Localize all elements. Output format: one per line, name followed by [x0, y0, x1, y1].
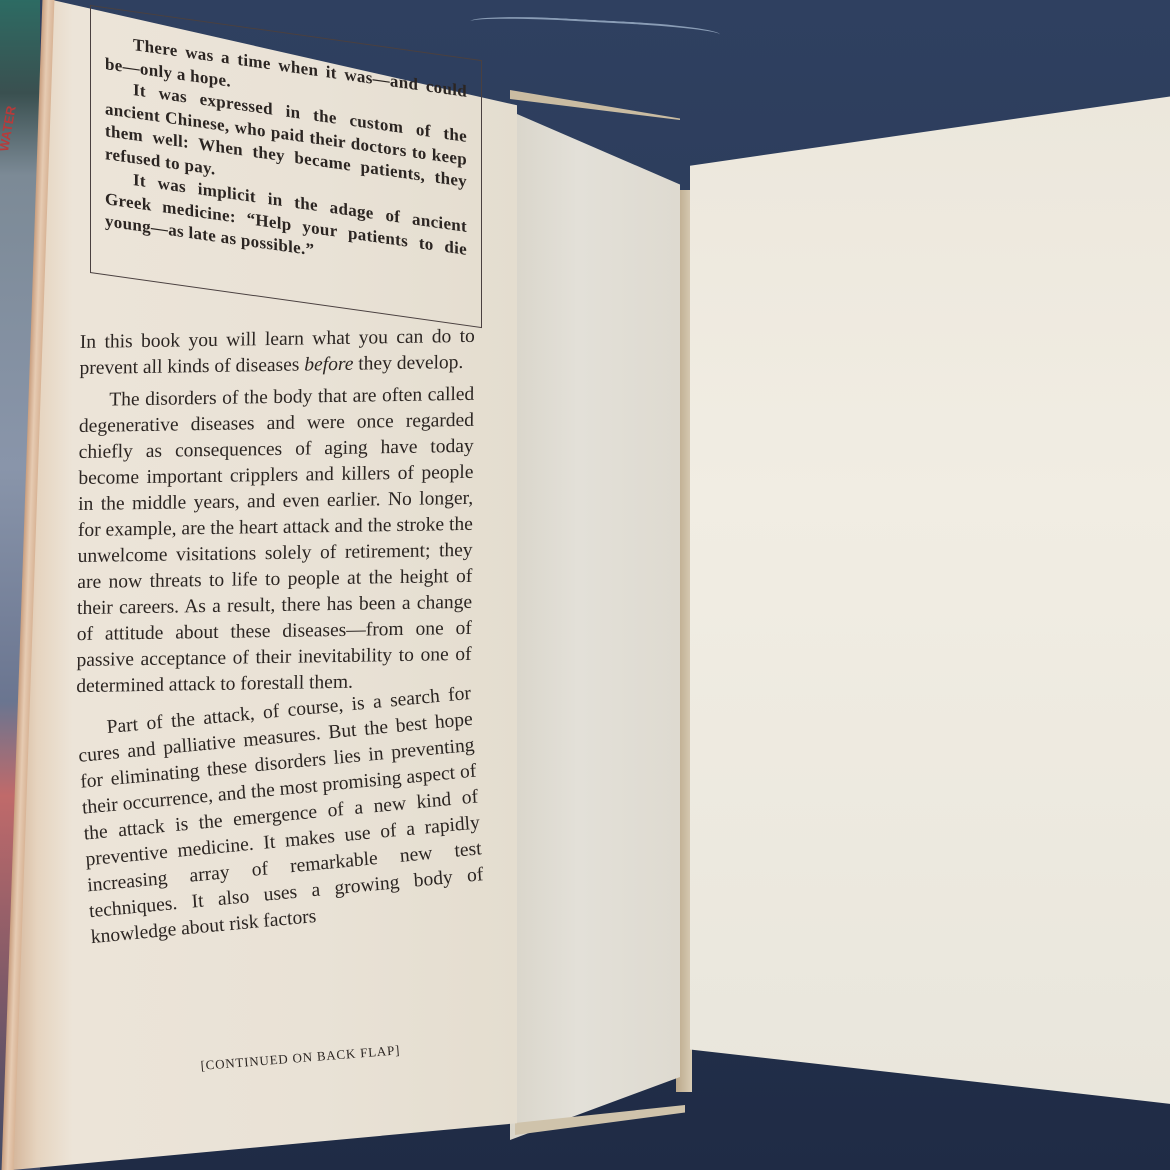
blank-first-page [690, 95, 1170, 1105]
quote-box: There was a time when it was—and could b… [90, 5, 482, 328]
body-paragraph-intro: In this book you will learn what you can… [79, 324, 475, 382]
intro-text-end: they develop. [353, 352, 463, 375]
flap-text-area: There was a time when it was—and could b… [80, 0, 510, 1170]
continued-note: [CONTINUED ON BACK FLAP] [200, 1042, 401, 1074]
emphasis-text: before [304, 354, 353, 376]
flap-body-text: In this book you will learn what you can… [73, 324, 475, 958]
endpaper [510, 90, 680, 1140]
body-paragraph: Part of the attack, of course, is a sear… [76, 681, 486, 951]
body-paragraph: The disorders of the body that are often… [76, 382, 474, 700]
background-wordmark: WATER [0, 105, 19, 153]
